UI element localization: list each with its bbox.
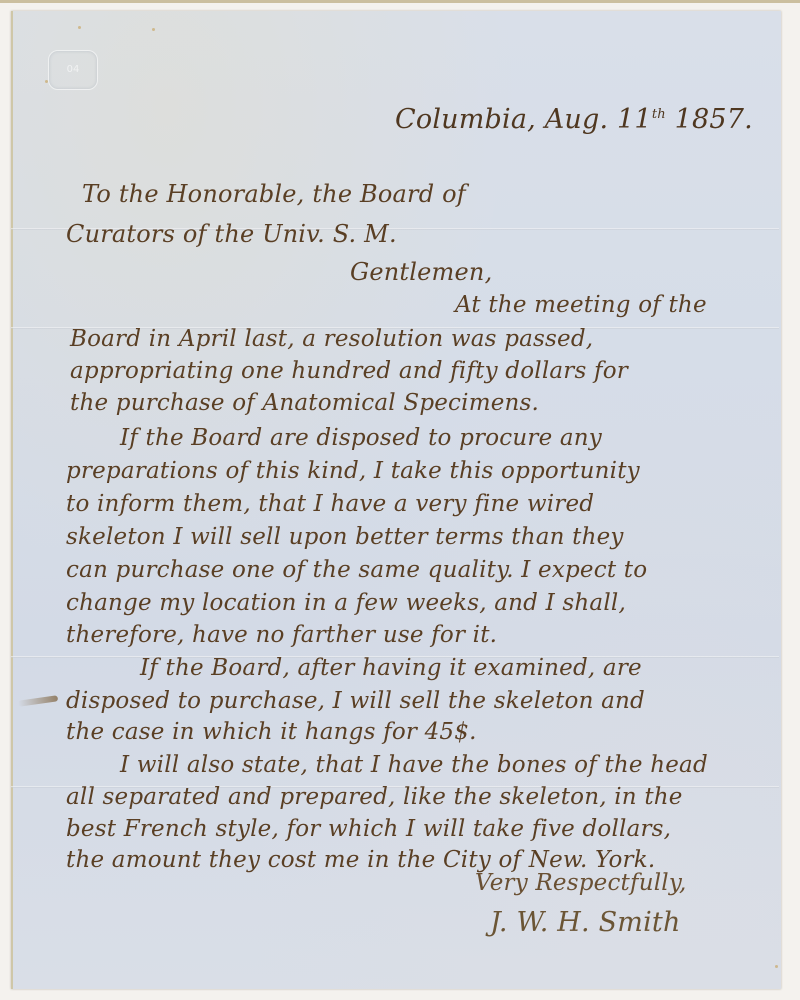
signature: J. W. H. Smith bbox=[490, 907, 681, 938]
body-line: skeleton I will sell upon better terms t… bbox=[66, 524, 624, 550]
body-line: preparations of this kind, I take this o… bbox=[66, 458, 640, 484]
body-line: to inform them, that I have a very fine … bbox=[66, 491, 594, 517]
paper-fleck bbox=[45, 80, 48, 83]
body-line: Board in April last, a resolution was pa… bbox=[70, 326, 593, 352]
body-line: appropriating one hundred and fifty doll… bbox=[70, 358, 628, 384]
body-line: I will also state, that I have the bones… bbox=[120, 752, 708, 778]
body-line: If the Board, after having it examined, … bbox=[140, 655, 642, 681]
body-line: disposed to purchase, I will sell the sk… bbox=[66, 688, 645, 714]
body-line: best French style, for which I will take… bbox=[66, 816, 671, 842]
salutation: Gentlemen, bbox=[350, 258, 492, 286]
address-line-2: Curators of the Univ. S. M. bbox=[66, 220, 397, 248]
closing: Very Respectfully, bbox=[475, 870, 687, 896]
paper-fleck bbox=[775, 965, 778, 968]
body-line: therefore, have no farther use for it. bbox=[66, 622, 497, 648]
dateline: Columbia, Aug. 11th 1857. bbox=[395, 104, 753, 135]
dateline-year: 1857. bbox=[666, 104, 753, 135]
body-line: At the meeting of the bbox=[455, 292, 707, 318]
dateline-superscript: th bbox=[652, 107, 666, 122]
paper-fleck bbox=[152, 28, 155, 31]
body-line: If the Board are disposed to procure any bbox=[120, 425, 602, 451]
dateline-place-date: Columbia, Aug. 11 bbox=[395, 104, 652, 135]
paper-fleck bbox=[78, 26, 81, 29]
body-line: can purchase one of the same quality. I … bbox=[66, 557, 647, 583]
paper-emboss-stamp: 04 bbox=[48, 50, 98, 90]
body-line: the purchase of Anatomical Specimens. bbox=[70, 390, 539, 416]
body-line: change my location in a few weeks, and I… bbox=[66, 590, 626, 616]
body-line: all separated and prepared, like the ske… bbox=[66, 784, 683, 810]
scan-edge bbox=[0, 0, 800, 3]
address-line-1: To the Honorable, the Board of bbox=[82, 180, 466, 208]
body-line: the case in which it hangs for 45$. bbox=[66, 719, 477, 745]
